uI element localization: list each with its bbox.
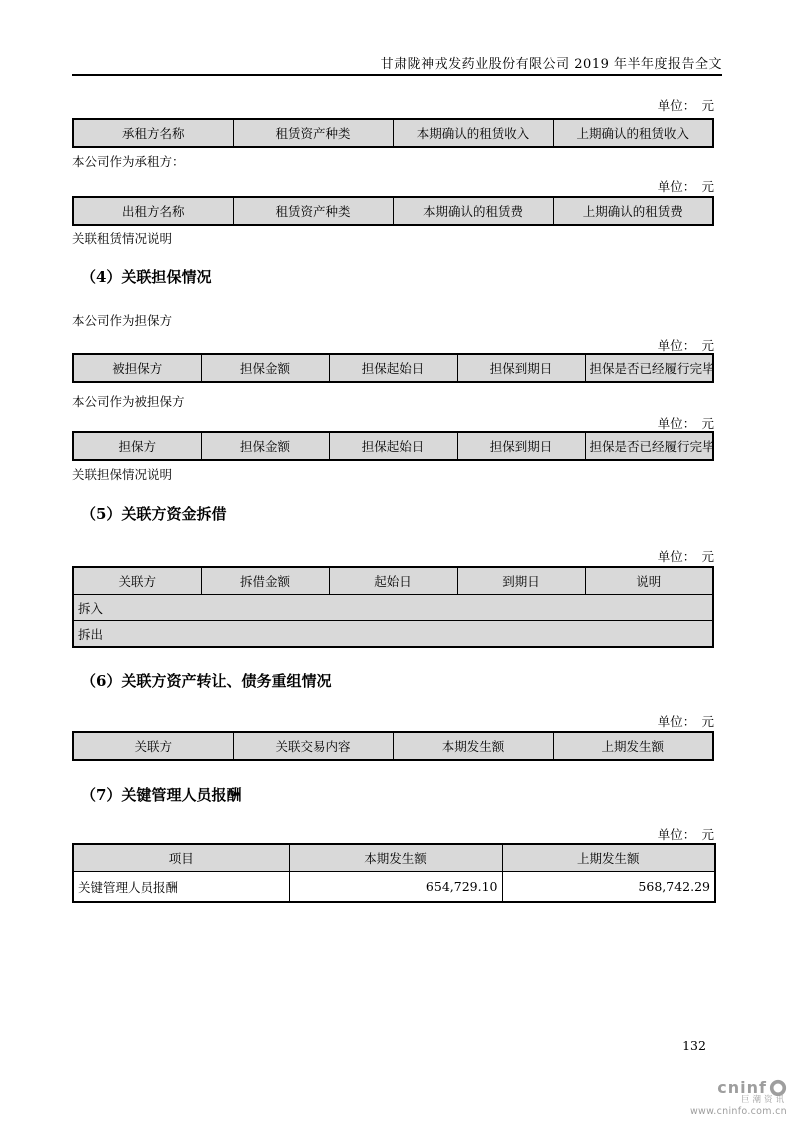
table-header-row: 担保方 担保金额 担保起始日 担保到期日 担保是否已经履行完毕 xyxy=(73,432,713,460)
fund-lending-table: 关联方 拆借金额 起始日 到期日 说明 拆入 拆出 xyxy=(72,566,714,648)
column-header: 起始日 xyxy=(329,567,457,595)
guarantee-situation-note: 关联担保情况说明 xyxy=(72,465,172,483)
column-header: 关联交易内容 xyxy=(233,732,393,760)
cninfo-logo: cninf 巨潮资讯 www.cninfo.com.cn xyxy=(690,1079,787,1118)
header-divider xyxy=(72,74,722,76)
column-header: 担保是否已经履行完毕 xyxy=(585,354,713,382)
cninfo-logo-chinese: 巨潮资讯 xyxy=(690,1096,787,1105)
table-header-row: 出租方名称 租赁资产种类 本期确认的租赁费 上期确认的租赁费 xyxy=(73,197,713,225)
asset-transfer-table: 关联方 关联交易内容 本期发生额 上期发生额 xyxy=(72,731,714,761)
compensation-table: 项目 本期发生额 上期发生额 关键管理人员报酬 654,729.10 568,7… xyxy=(72,843,716,903)
as-guarantor-note: 本公司作为担保方 xyxy=(72,311,172,329)
column-header: 上期确认的租赁费 xyxy=(553,197,713,225)
column-header: 租赁资产种类 xyxy=(233,119,393,147)
report-header-title: 甘肃陇神戎发药业股份有限公司 2019 年半年度报告全文 xyxy=(72,53,722,72)
column-header: 出租方名称 xyxy=(73,197,233,225)
lending-out-cell: 拆出 xyxy=(73,621,713,648)
column-header: 项目 xyxy=(73,844,289,872)
unit-label: 单位： 元 xyxy=(658,336,714,354)
table-header-row: 被担保方 担保金额 担保起始日 担保到期日 担保是否已经履行完毕 xyxy=(73,354,713,382)
table-header-row: 承租方名称 租赁资产种类 本期确认的租赁收入 上期确认的租赁收入 xyxy=(73,119,713,147)
table-header-row: 关联方 拆借金额 起始日 到期日 说明 xyxy=(73,567,713,595)
column-header: 担保是否已经履行完毕 xyxy=(585,432,713,460)
lease-expense-table: 出租方名称 租赁资产种类 本期确认的租赁费 上期确认的租赁费 xyxy=(72,196,714,226)
lease-income-table: 承租方名称 租赁资产种类 本期确认的租赁收入 上期确认的租赁收入 xyxy=(72,118,714,148)
column-header: 本期确认的租赁费 xyxy=(393,197,553,225)
table-row: 拆出 xyxy=(73,621,713,648)
column-header: 关联方 xyxy=(73,567,201,595)
column-header: 本期发生额 xyxy=(289,844,502,872)
cninfo-logo-url: www.cninfo.com.cn xyxy=(690,1107,787,1117)
section-heading-7: （7）关键管理人员报酬 xyxy=(81,784,241,805)
page-number: 132 xyxy=(670,1038,718,1053)
as-lessee-note: 本公司作为承租方： xyxy=(72,152,185,170)
column-header: 上期发生额 xyxy=(502,844,715,872)
report-page: 甘肃陇神戎发药业股份有限公司 2019 年半年度报告全文 单位： 元 承租方名称… xyxy=(0,0,793,1122)
unit-label: 单位： 元 xyxy=(658,547,714,565)
column-header: 上期确认的租赁收入 xyxy=(553,119,713,147)
table-row: 关键管理人员报酬 654,729.10 568,742.29 xyxy=(73,872,715,903)
lease-situation-note: 关联租赁情况说明 xyxy=(72,229,172,247)
unit-label: 单位： 元 xyxy=(658,96,714,114)
section-heading-4: （4）关联担保情况 xyxy=(81,266,211,287)
table-header-row: 项目 本期发生额 上期发生额 xyxy=(73,844,715,872)
unit-label: 单位： 元 xyxy=(658,414,714,432)
as-guaranteed-note: 本公司作为被担保方 xyxy=(72,392,185,410)
compensation-prior-cell: 568,742.29 xyxy=(502,872,715,903)
column-header: 被担保方 xyxy=(73,354,201,382)
column-header: 本期发生额 xyxy=(393,732,553,760)
section-heading-6: （6）关联方资产转让、债务重组情况 xyxy=(81,670,331,691)
column-header: 担保到期日 xyxy=(457,354,585,382)
unit-label: 单位： 元 xyxy=(658,712,714,730)
column-header: 担保方 xyxy=(73,432,201,460)
column-header: 上期发生额 xyxy=(553,732,713,760)
column-header: 本期确认的租赁收入 xyxy=(393,119,553,147)
column-header: 担保起始日 xyxy=(329,432,457,460)
guaranteed-table: 担保方 担保金额 担保起始日 担保到期日 担保是否已经履行完毕 xyxy=(72,431,714,461)
column-header: 租赁资产种类 xyxy=(233,197,393,225)
column-header: 担保金额 xyxy=(201,432,329,460)
compensation-current-cell: 654,729.10 xyxy=(289,872,502,903)
column-header: 担保起始日 xyxy=(329,354,457,382)
lending-in-cell: 拆入 xyxy=(73,595,713,621)
compensation-item-cell: 关键管理人员报酬 xyxy=(73,872,289,903)
table-row: 拆入 xyxy=(73,595,713,621)
column-header: 担保金额 xyxy=(201,354,329,382)
guarantor-table: 被担保方 担保金额 担保起始日 担保到期日 担保是否已经履行完毕 xyxy=(72,353,714,383)
unit-label: 单位： 元 xyxy=(658,825,714,843)
column-header: 到期日 xyxy=(457,567,585,595)
column-header: 承租方名称 xyxy=(73,119,233,147)
column-header: 说明 xyxy=(585,567,713,595)
unit-label: 单位： 元 xyxy=(658,177,714,195)
section-heading-5: （5）关联方资金拆借 xyxy=(81,503,226,524)
column-header: 担保到期日 xyxy=(457,432,585,460)
column-header: 关联方 xyxy=(73,732,233,760)
column-header: 拆借金额 xyxy=(201,567,329,595)
table-header-row: 关联方 关联交易内容 本期发生额 上期发生额 xyxy=(73,732,713,760)
